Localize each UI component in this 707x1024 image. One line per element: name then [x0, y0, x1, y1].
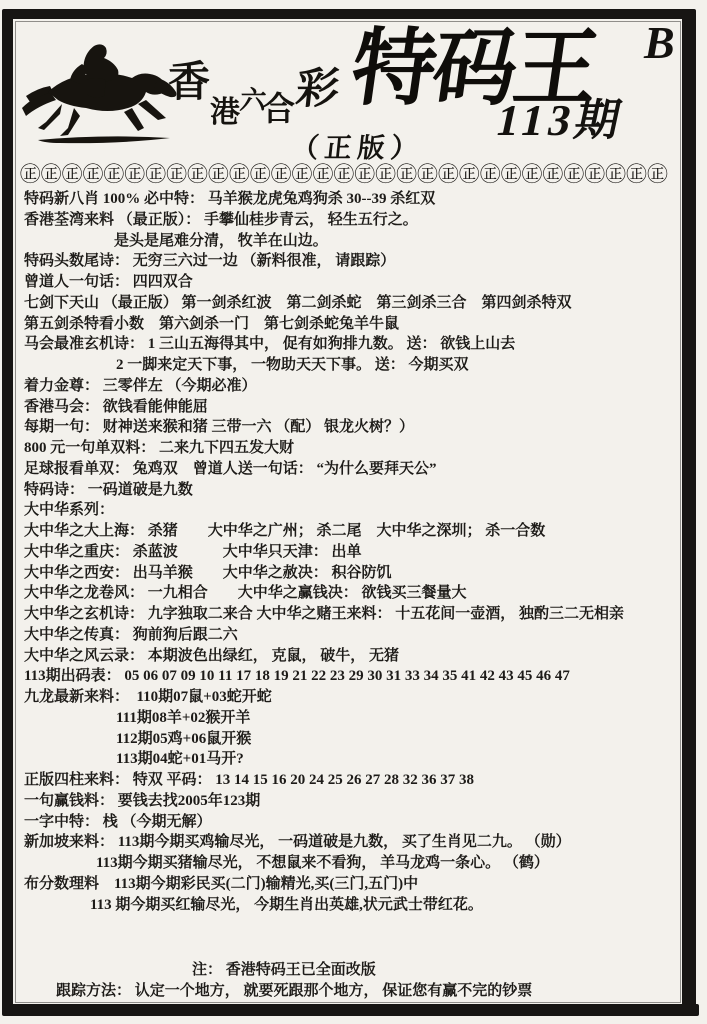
text-line: 111期08羊+02猴开羊 [24, 708, 680, 729]
text-line: 第五剑杀特看小数 第六剑杀一门 第七剑杀蛇兔羊牛鼠 [24, 314, 680, 335]
border-band-right [682, 9, 696, 1016]
text-line: 113期04蛇+01马开? [24, 749, 680, 770]
text-line: 一字中特： 栈 （今期无解） [24, 812, 680, 833]
seal-icon: ㊣ [396, 165, 417, 186]
seal-icon: ㊣ [647, 165, 668, 186]
seal-icon: ㊣ [480, 165, 501, 186]
text-line: 香港马会： 欲钱看能伸能屈 [24, 397, 680, 418]
text-line: 大中华之风云录： 本期波色出绿红， 克鼠， 破牛， 无猪 [24, 646, 680, 667]
text-line: 113 期今期买红输尽光， 今期生肖出英雄,状元武士带红花。 [24, 895, 680, 916]
text-line: 每期一句： 财神送来猴和猪 三带一六 （配） 银龙火树？） [24, 417, 680, 438]
issue-number: 113期 [491, 84, 632, 148]
text-line: 113期今期买猪输尽光， 不想鼠来不看狗， 羊马龙鸡一条心。 （鹤） [24, 853, 680, 874]
corner-letter: B [644, 16, 675, 69]
seal-icon: ㊣ [313, 165, 334, 186]
text-line: 大中华之龙卷风： 一九相合 大中华之赢钱决： 欲钱买三餐量大 [24, 583, 680, 604]
text-line: 九龙最新来料： 110期07鼠+03蛇开蛇 [24, 687, 680, 708]
edition-label: （正版） [290, 126, 426, 165]
text-line: 着力金尊： 三零伴左 （今期必准） [24, 376, 680, 397]
text-line: 大中华之传真： 狗前狗后跟二六 [24, 625, 680, 646]
text-line: 大中华之重庆： 杀蓝波 大中华只天津： 出单 [24, 542, 680, 563]
text-line: 112期05鸡+06鼠开猴 [24, 729, 680, 750]
seal-icon: ㊣ [104, 165, 125, 186]
text-line: 七剑下天山 （最正版） 第一剑杀红波 第二剑杀蛇 第三剑杀三合 第四剑杀特双 [24, 293, 680, 314]
text-line: 布分数理料 113期今期彩民买(二门)输精光,买(三门,五门)中 [24, 874, 680, 895]
seal-icon: ㊣ [166, 165, 187, 186]
footer-method: 跟踪方法： 认定一个地方， 就要死跟那个地方， 保证您有赢不完的钞票 [56, 979, 532, 1000]
text-line: 是头是尾难分清， 牧羊在山边。 [24, 231, 680, 252]
text-line: 正版四柱来料： 特双 平码： 13 14 15 16 20 24 25 26 2… [24, 770, 680, 791]
text-line: 2 一脚来定天下事， 一物助天天下事。 送： 今期买双 [24, 355, 680, 376]
text-line: 大中华之大上海： 杀猪 大中华之广州； 杀二尾 大中华之深圳； 杀一合数 [24, 521, 680, 542]
text-line: 800 元一句单双料： 二来九下四五发大财 [24, 438, 680, 459]
border-band-bottom [5, 1004, 699, 1016]
seal-icon: ㊣ [229, 165, 250, 186]
seal-icon: ㊣ [564, 165, 585, 186]
text-line: 特码诗： 一码道破是九数 [24, 480, 680, 501]
seal-icon: ㊣ [375, 165, 396, 186]
seal-icon: ㊣ [355, 165, 376, 186]
seal-icon: ㊣ [62, 165, 83, 186]
seal-icon: ㊣ [543, 165, 564, 186]
text-line: 足球报看单双： 兔鸡双 曾道人送一句话： “为什么要拜天公” [24, 459, 680, 480]
border-band-top [5, 9, 695, 19]
seal-icon: ㊣ [250, 165, 271, 186]
scanned-sheet: B 香港六合彩 特码王 113期 （正版） ㊣㊣㊣㊣㊣㊣㊣㊣㊣ [0, 0, 707, 1024]
seal-icon: ㊣ [145, 165, 166, 186]
text-line: 马会最准玄机诗： 1 三山五海得其中， 促有如狗排九数。 送： 欲钱上山去 [24, 334, 680, 355]
text-line: 香港荃湾来料 （最正版）： 手攀仙桂步青云， 轻生五行之。 [24, 210, 680, 231]
seal-icon: ㊣ [187, 165, 208, 186]
seal-icon: ㊣ [41, 165, 62, 186]
seal-icon: ㊣ [292, 165, 313, 186]
text-line: 大中华之西安： 出马羊猴 大中华之赦决： 积谷防饥 [24, 563, 680, 584]
seal-icon: ㊣ [83, 165, 104, 186]
text-line: 大中华之玄机诗： 九字独取二来合 大中华之赌王来料： 十五花间一壶酒， 独酌三二… [24, 604, 680, 625]
text-line: 大中华系列： [24, 500, 680, 521]
brand-char: 彩 [294, 68, 342, 111]
footer-note: 注： 香港特码王已全面改版 [192, 958, 376, 979]
seal-icon: ㊣ [459, 165, 480, 186]
seal-icon: ㊣ [271, 165, 292, 186]
text-line: 特码新八肖 100% 必中特： 马羊猴龙虎兔鸡狗杀 30--39 杀红双 [24, 189, 680, 210]
brand-char: 港 [210, 98, 240, 128]
border-band-left [2, 9, 13, 1016]
text-line: 特码头数尾诗： 无穷三六过一边 （新料很准， 请跟踪） [24, 251, 680, 272]
text-line: 113期出码表： 05 06 07 09 10 11 17 18 19 21 2… [24, 666, 680, 687]
text-line: 新加坡来料： 113期今期买鸡输尽光， 一码道破是九数， 买了生肖见二九。 （勋… [24, 832, 680, 853]
seal-icon: ㊣ [208, 165, 229, 186]
seal-icon: ㊣ [522, 165, 543, 186]
seal-icon: ㊣ [334, 165, 355, 186]
seal-icon: ㊣ [417, 165, 438, 186]
seal-icon: ㊣ [20, 165, 41, 186]
seal-row: ㊣㊣㊣㊣㊣㊣㊣㊣㊣㊣㊣㊣㊣㊣㊣㊣㊣㊣㊣㊣㊣㊣㊣㊣㊣㊣㊣㊣㊣㊣㊣ [20, 165, 680, 186]
content-lines: 特码新八肖 100% 必中特： 马羊猴龙虎兔鸡狗杀 30--39 杀红双香港荃湾… [24, 189, 680, 915]
seal-icon: ㊣ [501, 165, 522, 186]
seal-icon: ㊣ [125, 165, 146, 186]
text-line: 曾道人一句话： 四四双合 [24, 272, 680, 293]
brand-char: 合 [262, 94, 295, 127]
text-line: 一句赢钱料： 要钱去找2005年123期 [24, 791, 680, 812]
seal-icon: ㊣ [584, 165, 605, 186]
seal-icon: ㊣ [438, 165, 459, 186]
seal-icon: ㊣ [605, 165, 626, 186]
seal-icon: ㊣ [626, 165, 647, 186]
brand-char: 香 [168, 62, 210, 104]
horse-rider-icon [20, 34, 190, 152]
